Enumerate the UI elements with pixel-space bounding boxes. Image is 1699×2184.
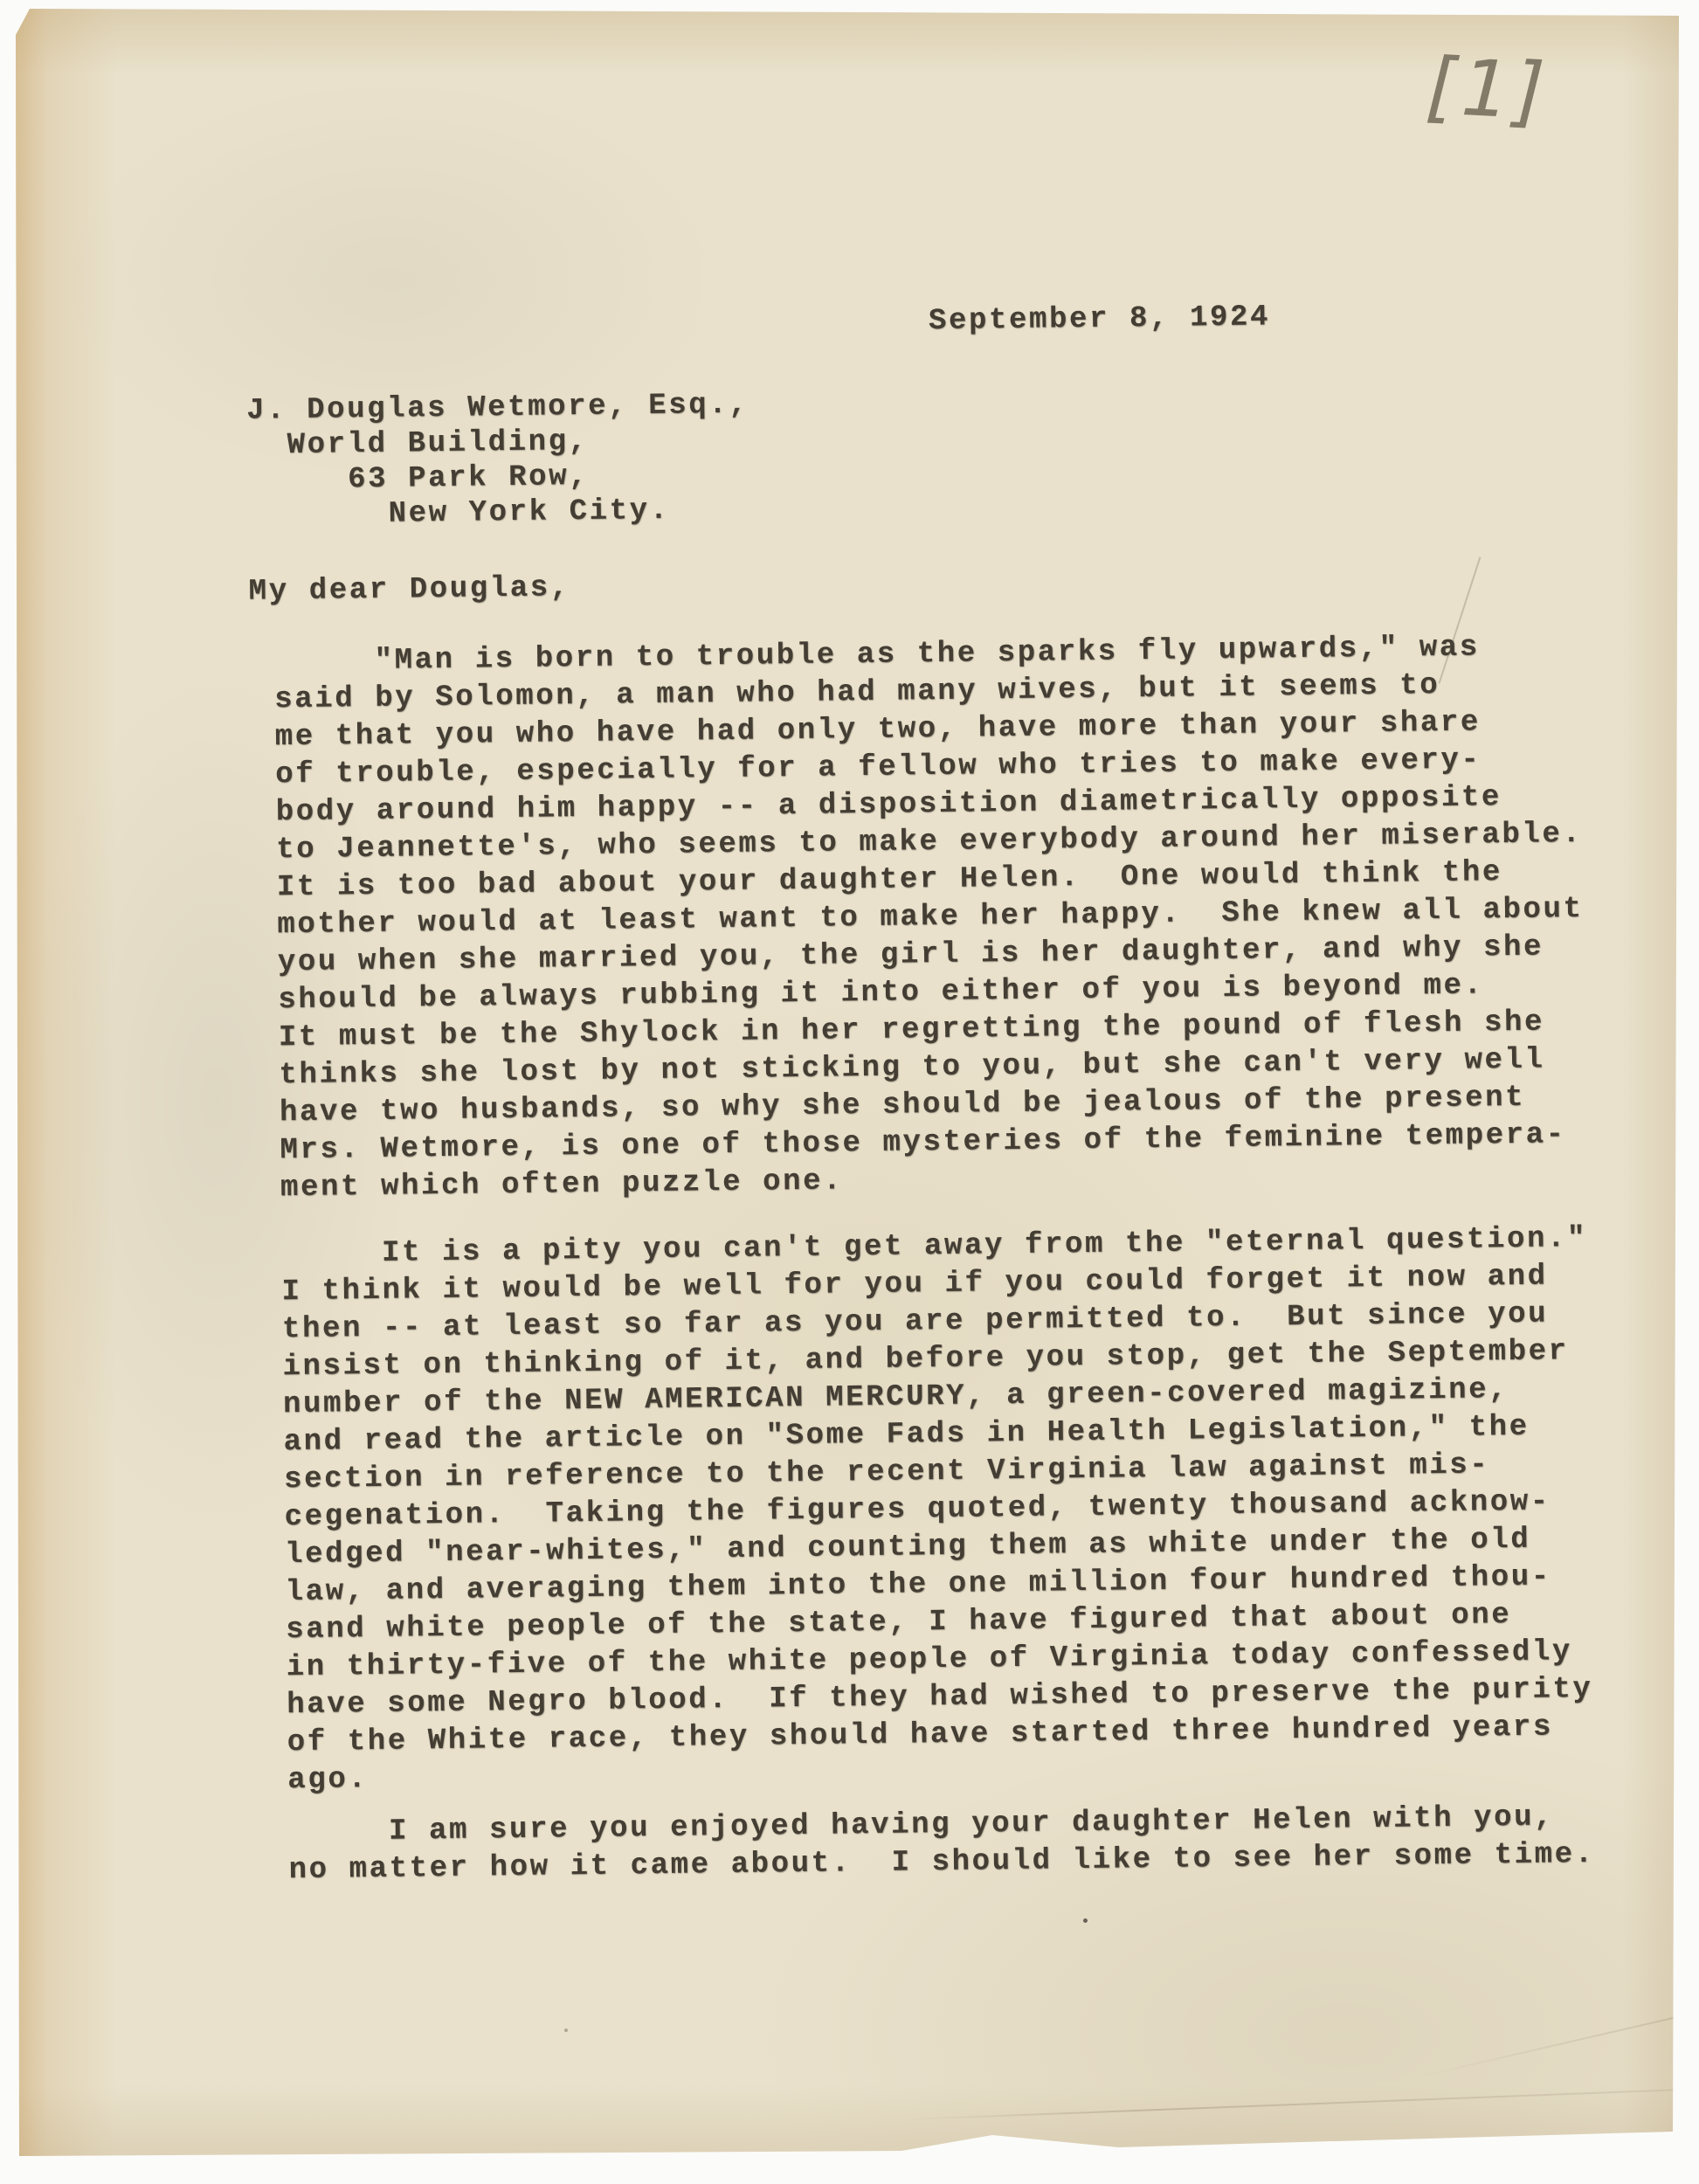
letter-paper: [1] September 8, 1924 J. Douglas Wetmore… [16, 9, 1679, 2160]
date-line: September 8, 1924 [929, 299, 1271, 341]
salutation: My dear Douglas, [248, 570, 570, 611]
ink-speck [564, 2028, 568, 2032]
recipient-address: J. Douglas Wetmore, Esq., World Building… [246, 388, 750, 534]
ink-speck [1083, 1918, 1088, 1923]
letter-paragraph: "Man is born to trouble as the sparks fl… [273, 628, 1586, 1207]
letter-paragraph: It is a pity you can't get away from the… [281, 1220, 1594, 1800]
typed-text-layer: September 8, 1924 J. Douglas Wetmore, Es… [4, 0, 1694, 2163]
scan-background: [1] September 8, 1924 J. Douglas Wetmore… [0, 0, 1699, 2184]
letter-paragraph: I am sure you enjoyed having your daught… [288, 1799, 1595, 1890]
